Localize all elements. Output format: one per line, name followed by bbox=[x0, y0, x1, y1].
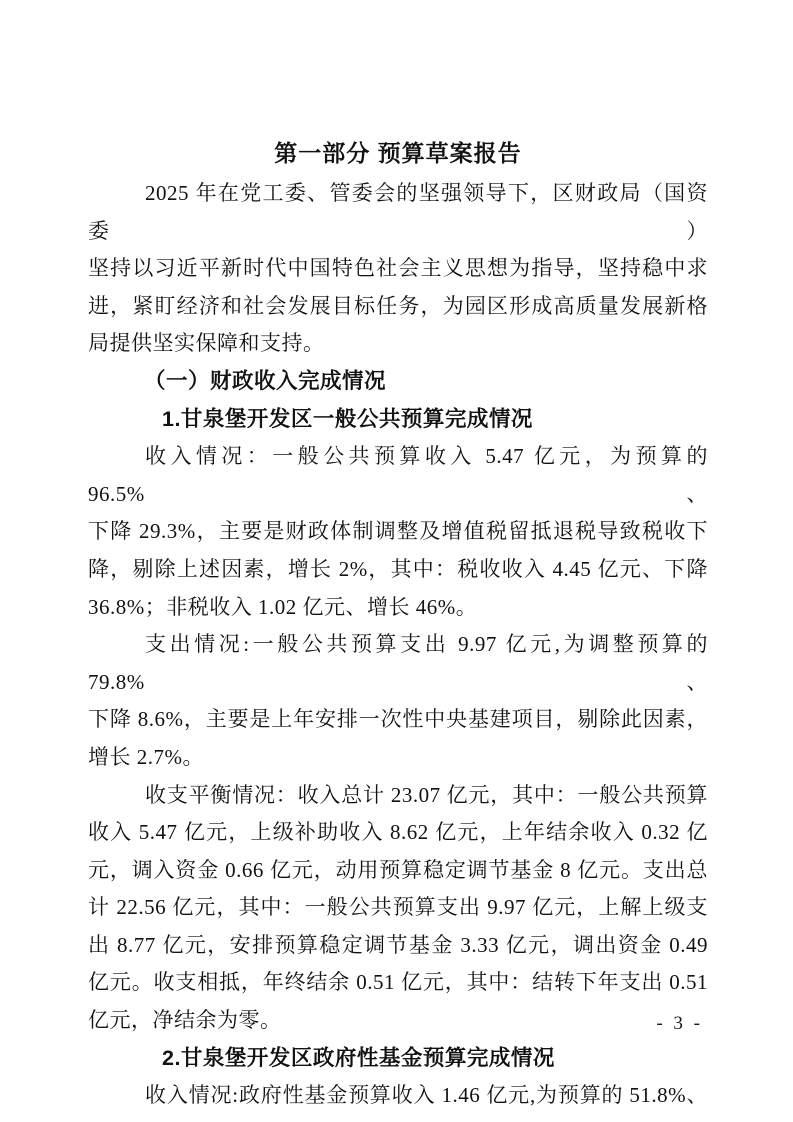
text-line: 收支平衡情况：收入总计 23.07 亿元，其中：一般公共预算 bbox=[88, 777, 708, 815]
paragraph-revenue: 收入情况：一般公共预算收入 5.47 亿元，为预算的 96.5%、 下降 29.… bbox=[88, 438, 708, 626]
text-line: 收入 5.47 亿元，上级补助收入 8.62 亿元，上年结余收入 0.32 亿 bbox=[88, 814, 708, 852]
text-line: 增长 2.7%。 bbox=[88, 739, 708, 777]
heading-section-1: （一）财政收入完成情况 bbox=[88, 363, 708, 401]
paragraph-fund-revenue: 收入情况:政府性基金预算收入 1.46 亿元,为预算的 51.8%、 bbox=[88, 1077, 708, 1115]
text-line: 出 8.77 亿元，安排预算稳定调节基金 3.33 亿元，调出资金 0.49 bbox=[88, 927, 708, 965]
paragraph-balance: 收支平衡情况：收入总计 23.07 亿元，其中：一般公共预算 收入 5.47 亿… bbox=[88, 777, 708, 1040]
text-line: 支出情况:一般公共预算支出 9.97 亿元,为调整预算的 79.8%、 bbox=[88, 626, 708, 701]
text-line: 计 22.56 亿元，其中：一般公共预算支出 9.97 亿元，上解上级支 bbox=[88, 889, 708, 927]
text-line: 亿元。收支相抵，年终结余 0.51 亿元，其中：结转下年支出 0.51 bbox=[88, 964, 708, 1002]
text-line: 收入情况：一般公共预算收入 5.47 亿元，为预算的 96.5%、 bbox=[88, 438, 708, 513]
text-line: 坚持以习近平新时代中国特色社会主义思想为指导，坚持稳中求 bbox=[88, 250, 708, 288]
text-line: 降，剔除上述因素，增长 2%，其中：税收收入 4.45 亿元、下降 bbox=[88, 551, 708, 589]
text-line: 下降 8.6%，主要是上年安排一次性中央基建项目，剔除此因素， bbox=[88, 701, 708, 739]
document-page: 第一部分 预算草案报告 2025 年在党工委、管委会的坚强领导下，区财政局（国资… bbox=[0, 0, 793, 1122]
text-line: 下降 29.3%，主要是财政体制调整及增值税留抵退税导致税收下 bbox=[88, 513, 708, 551]
page-number: - 3 - bbox=[656, 1013, 703, 1035]
heading-subsection-1: 1.甘泉堡开发区一般公共预算完成情况 bbox=[88, 401, 708, 439]
paragraph-intro: 2025 年在党工委、管委会的坚强领导下，区财政局（国资委） 坚持以习近平新时代… bbox=[88, 175, 708, 363]
text-line: 36.8%；非税收入 1.02 亿元、增长 46%。 bbox=[88, 589, 708, 627]
text-line: 进，紧盯经济和社会发展目标任务，为园区形成高质量发展新格 bbox=[88, 288, 708, 326]
text-line: 2025 年在党工委、管委会的坚强领导下，区财政局（国资委） bbox=[88, 175, 708, 250]
paragraph-expenditure: 支出情况:一般公共预算支出 9.97 亿元,为调整预算的 79.8%、 下降 8… bbox=[88, 626, 708, 776]
document-content: 第一部分 预算草案报告 2025 年在党工委、管委会的坚强领导下，区财政局（国资… bbox=[88, 131, 708, 1115]
text-line: 收入情况:政府性基金预算收入 1.46 亿元,为预算的 51.8%、 bbox=[88, 1077, 708, 1115]
page-title: 第一部分 预算草案报告 bbox=[88, 131, 708, 175]
heading-subsection-2: 2.甘泉堡开发区政府性基金预算完成情况 bbox=[88, 1040, 708, 1078]
text-line: 局提供坚实保障和支持。 bbox=[88, 325, 708, 363]
text-line: 元，调入资金 0.66 亿元，动用预算稳定调节基金 8 亿元。支出总 bbox=[88, 852, 708, 890]
text-line: 亿元，净结余为零。 bbox=[88, 1002, 708, 1040]
